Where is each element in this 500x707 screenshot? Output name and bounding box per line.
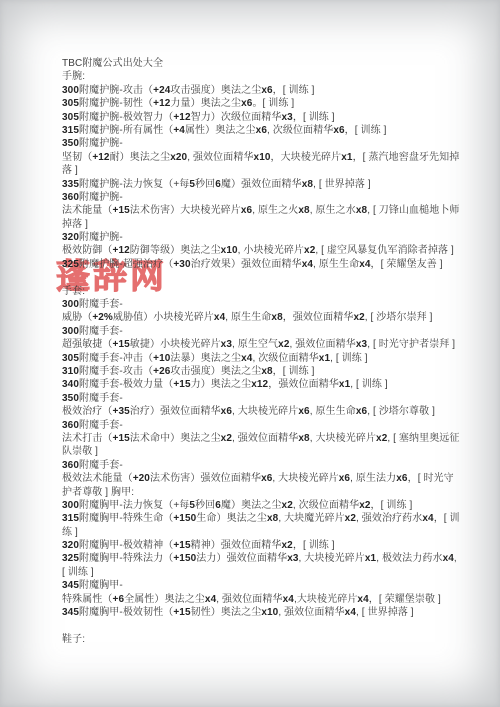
text-line: [ 训练 ] xyxy=(62,566,442,579)
text-line: 极效防御（+12防御等级）奥法之尘x10, 小块棱光碎片x2, [ 虚空风暴复仇… xyxy=(62,244,442,257)
text-line: 300附魔胸甲-法力恢复（+每5秒回6魔）奥法之尘x2, 次级位面精华x2，[ … xyxy=(62,499,442,512)
text-line: 练 ] xyxy=(62,526,442,539)
text-line: 315附魔胸甲-特殊生命（+150生命）奥法之尘x8, 大块魔光碎片x2, 强效… xyxy=(62,512,442,525)
text-line: 坚韧（+12耐）奥法之尘x20, 强效位面精华x10，大块棱光碎片x1，[ 蒸汽… xyxy=(62,151,442,164)
text-line: 手腕: xyxy=(62,70,442,83)
text-line: 鞋子: xyxy=(62,633,442,646)
text-line: 特殊属性（+6全属性）奥法之尘x4, 强效位面精华x4,大块棱光碎片x4，[ 荣… xyxy=(62,593,442,606)
text-line: 威胁（+2%威胁值）小块棱光碎片x4, 原生生命x8，强效位面精华x2, [ 沙… xyxy=(62,311,442,324)
text-line: 护者尊敬 ] 胸甲: xyxy=(62,486,442,499)
text-line: 320附魔护腕- xyxy=(62,231,442,244)
page-title: TBC附魔公式出处大全 xyxy=(62,57,442,70)
text-line: 335附魔护腕-法力恢复（+每5秒回6魔）强效位面精华x8, [ 世界掉落 ] xyxy=(62,178,442,191)
text-line xyxy=(62,271,442,284)
text-line: 325附魔胸甲-特殊法力（+150法力）强效位面精华x3, 大块棱光碎片x1, … xyxy=(62,552,442,565)
text-line: 法术能量（+15法术伤害）大块棱光碎片x6, 原生之火x8, 原生之水x8, [… xyxy=(62,204,442,217)
document-lines: 手腕:300附魔护腕-攻击（+24攻击强度）奥法之尘x6，[ 训练 ]305附魔… xyxy=(62,70,442,646)
text-line: 350附魔手套- xyxy=(62,392,442,405)
text-line: 315附魔护腕-所有属性（+4属性）奥法之尘x6, 次级位面精华x6，[ 训练 … xyxy=(62,124,442,137)
text-line: 305附魔护腕-韧性（+12力量）奥法之尘x6。[ 训练 ] xyxy=(62,97,442,110)
text-line: 340附魔手套-极效力量（+15力）奥法之尘x12，强效位面精华x1, [ 训练… xyxy=(62,378,442,391)
text-line: 极效法术能量（+20法术伤害）强效位面精华x6, 大块棱光碎片x6, 原生法力x… xyxy=(62,472,442,485)
text-line: 325附魔护腕-超强治疗（+30治疗效果）强效位面精华x4, 原生生命x4，[ … xyxy=(62,258,442,271)
text-line: 掉落 ] xyxy=(62,218,442,231)
text-line: 360附魔手套- xyxy=(62,419,442,432)
text-line: 305附魔护腕-极效智力（+12智力）次级位面精华x3，[ 训练 ] xyxy=(62,111,442,124)
text-line: 310附魔手套-攻击（+26攻击强度）奥法之尘x8，[ 训练 ] xyxy=(62,365,442,378)
text-line: 极效治疗（+35治疗）强效位面精华x6, 大块棱光碎片x6, 原生生命x6, [… xyxy=(62,405,442,418)
text-line: 落 ] xyxy=(62,164,442,177)
text-line: 手套: xyxy=(62,285,442,298)
text-line: 345附魔胸甲- xyxy=(62,579,442,592)
text-line xyxy=(62,619,442,632)
text-line: 350附魔护腕- xyxy=(62,137,442,150)
document-page: TBC附魔公式出处大全 手腕:300附魔护腕-攻击（+24攻击强度）奥法之尘x6… xyxy=(62,57,442,646)
text-line: 305附魔手套-冲击（+10法暴）奥法之尘x4, 次级位面精华x1, [ 训练 … xyxy=(62,352,442,365)
text-line: 300附魔手套- xyxy=(62,298,442,311)
text-line: 超强敏捷（+15敏捷）小块棱光碎片x3, 原生空气x2, 强效位面精华x3, [… xyxy=(62,338,442,351)
text-line: 345附魔胸甲-极效韧性（+15韧性）奥法之尘x10, 强效位面精华x4, [ … xyxy=(62,606,442,619)
text-line: 320附魔胸甲-极效精神（+15精神）强效位面精华x2，[ 训练 ] xyxy=(62,539,442,552)
text-line: 300附魔护腕-攻击（+24攻击强度）奥法之尘x6，[ 训练 ] xyxy=(62,84,442,97)
text-line: 法术打击（+15法术命中）奥法之尘x2, 强效位面精华x8, 大块棱光碎片x2,… xyxy=(62,432,442,445)
text-line: 360附魔手套- xyxy=(62,459,442,472)
text-line: 360附魔护腕- xyxy=(62,191,442,204)
text-line: 300附魔手套- xyxy=(62,325,442,338)
text-line: 队崇敬 ] xyxy=(62,445,442,458)
